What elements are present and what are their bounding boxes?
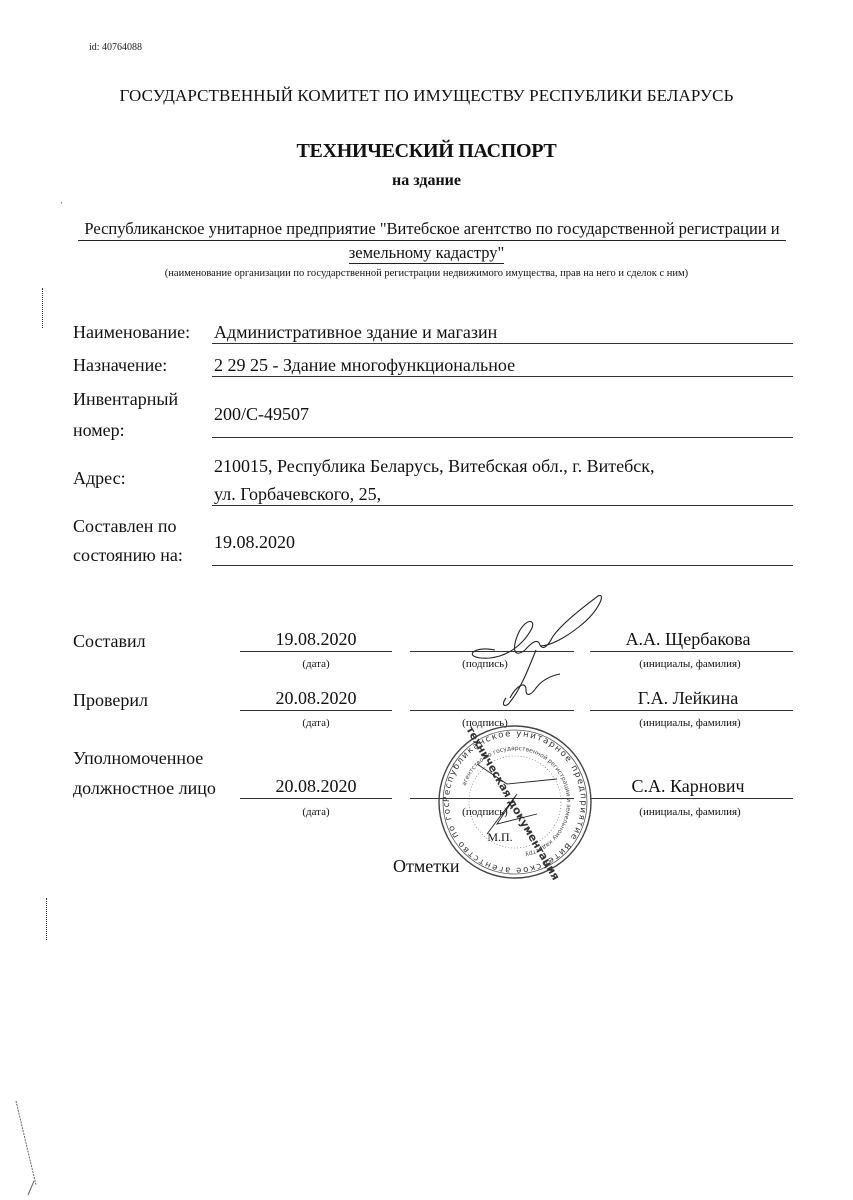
caption-name: (инициалы, фамилия) bbox=[600, 658, 780, 670]
signature-name-authorized: С.А. Карнович bbox=[598, 776, 778, 797]
date-underline bbox=[240, 798, 392, 799]
signature-role-authorized-line2: должностное лицо bbox=[73, 776, 216, 800]
document-id: id: 40764088 bbox=[89, 42, 142, 53]
signature-underline bbox=[410, 710, 574, 711]
field-value-address-line2: ул. Горбачевского, 25, bbox=[214, 482, 381, 506]
field-underline bbox=[212, 376, 793, 377]
field-label-inventory-line1: Инвентарный bbox=[73, 387, 178, 411]
field-label-state-date-line1: Составлен по bbox=[73, 514, 177, 538]
margin-mark bbox=[46, 898, 47, 940]
field-value-address-line1: 210015, Республика Беларусь, Витебская о… bbox=[214, 454, 654, 478]
caption-date: (дата) bbox=[241, 658, 391, 670]
field-underline bbox=[212, 505, 793, 506]
committee-heading: ГОСУДАРСТВЕННЫЙ КОМИТЕТ ПО ИМУЩЕСТВУ РЕС… bbox=[0, 86, 853, 106]
notes-heading: Отметки bbox=[393, 856, 460, 877]
name-underline bbox=[590, 798, 793, 799]
margin-mark bbox=[42, 288, 43, 328]
signature-date-authorized: 20.08.2020 bbox=[241, 776, 391, 797]
signature-underline bbox=[410, 651, 574, 652]
field-underline bbox=[212, 565, 793, 566]
organization-caption: (наименование организации по государстве… bbox=[0, 268, 853, 279]
signature-role-compiled: Составил bbox=[73, 629, 146, 653]
field-underline bbox=[212, 437, 793, 438]
field-value-state-date: 19.08.2020 bbox=[214, 530, 295, 554]
field-value-purpose: 2 29 25 - Здание многофункциональное bbox=[214, 353, 515, 377]
field-value-name: Административное здание и магазин bbox=[214, 320, 497, 344]
date-underline bbox=[240, 710, 392, 711]
page-title: ТЕХНИЧЕСКИЙ ПАСПОРТ bbox=[0, 140, 853, 163]
signature-date-checked: 20.08.2020 bbox=[241, 688, 391, 709]
name-underline bbox=[590, 710, 793, 711]
caption-date: (дата) bbox=[241, 806, 391, 818]
signature-date-compiled: 19.08.2020 bbox=[241, 629, 391, 650]
field-label-name: Наименование: bbox=[73, 320, 190, 344]
date-underline bbox=[240, 651, 392, 652]
name-underline bbox=[590, 651, 793, 652]
caption-date: (дата) bbox=[241, 717, 391, 729]
organization-name-line1: Республиканское унитарное предприятие "В… bbox=[78, 219, 786, 241]
field-value-inventory: 200/С-49507 bbox=[214, 402, 309, 426]
field-label-state-date-line2: состоянию на: bbox=[73, 543, 183, 567]
handwritten-signature-icon bbox=[440, 590, 610, 710]
official-stamp-icon: Республиканское унитарное предприятие Ви… bbox=[437, 724, 593, 880]
signature-role-checked: Проверил bbox=[73, 688, 148, 712]
field-label-address: Адрес: bbox=[73, 466, 126, 490]
caption-name: (инициалы, фамилия) bbox=[600, 717, 780, 729]
caption-name: (инициалы, фамилия) bbox=[600, 806, 780, 818]
signature-name-checked: Г.А. Лейкина bbox=[598, 688, 778, 709]
scan-mark: ˌ bbox=[60, 193, 63, 204]
organization-name-line2-text: земельному кадастру" bbox=[349, 243, 505, 264]
field-label-purpose: Назначение: bbox=[73, 353, 167, 377]
page-subtitle: на здание bbox=[0, 172, 853, 190]
signature-role-authorized-line1: Уполномоченное bbox=[73, 746, 203, 770]
field-underline bbox=[212, 343, 793, 344]
signature-name-compiled: А.А. Щербакова bbox=[598, 629, 778, 650]
margin-scratch-icon bbox=[10, 1095, 40, 1200]
field-label-inventory-line2: номер: bbox=[73, 418, 125, 442]
caption-signature: (подпись) bbox=[445, 658, 525, 670]
organization-name-line2: земельному кадастру" bbox=[0, 243, 853, 263]
